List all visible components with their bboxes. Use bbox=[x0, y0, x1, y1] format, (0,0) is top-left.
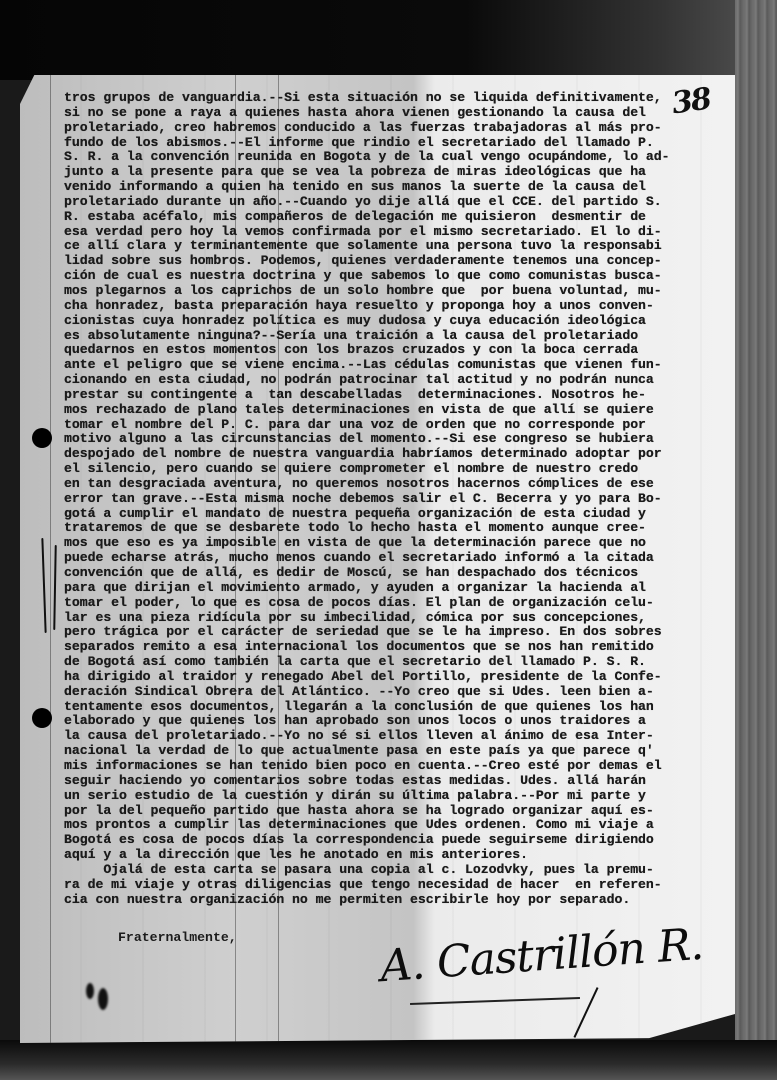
text-line: es absolutamente ninguna?--Sería una tra… bbox=[64, 329, 734, 344]
scan-top-shadow bbox=[0, 0, 777, 80]
text-line: lidad sobre sus hombros. Podemos, quiene… bbox=[64, 254, 734, 269]
text-line: venido informando a quien ha tenido en s… bbox=[64, 180, 734, 195]
text-line: trataremos de que se desbarete todo lo h… bbox=[64, 521, 734, 536]
text-line: aquí y a la dirección que les he anotado… bbox=[64, 848, 734, 863]
text-line: lar es una pieza ridícula por su imbecil… bbox=[64, 611, 734, 626]
text-line: ha dirigido al traidor y renegado Abel d… bbox=[64, 670, 734, 685]
text-line: R. estaba acéfalo, mis compañeros de del… bbox=[64, 210, 734, 225]
text-line: un serio estudio de la cuestión y dirán … bbox=[64, 789, 734, 804]
text-line: mis informaciones se han tenido bien poc… bbox=[64, 759, 734, 774]
text-line: deración Sindical Obrera del Atlántico. … bbox=[64, 685, 734, 700]
text-line: mos plegarnos a los caprichos de un solo… bbox=[64, 284, 734, 299]
text-line: prestar su contingente a tan descabellad… bbox=[64, 388, 734, 403]
text-line: pero trágica por el carácter de seriedad… bbox=[64, 625, 734, 640]
letter-body: tros grupos de vanguardia.--Si esta situ… bbox=[64, 91, 734, 907]
text-line: convención que de allá, es dedir de Mosc… bbox=[64, 566, 734, 581]
text-line: error tan grave.--Esta misma noche debem… bbox=[64, 492, 734, 507]
text-line: junto a la presente para que se vea la p… bbox=[64, 165, 734, 180]
text-line: nacional la verdad de lo que actualmente… bbox=[64, 744, 734, 759]
text-line: gotá a cumplir el mandato de nuestra peq… bbox=[64, 507, 734, 522]
text-line: tomar el poder, lo que es cosa de pocos … bbox=[64, 596, 734, 611]
text-line: cionando en esta ciudad, no podrán patro… bbox=[64, 373, 734, 388]
text-line: proletariado durante un año.--Cuando yo … bbox=[64, 195, 734, 210]
text-line: esa verdad pero hoy la vemos confirmada … bbox=[64, 225, 734, 240]
text-line: mos rechazado de plano tales determinaci… bbox=[64, 403, 734, 418]
punch-hole-icon bbox=[32, 428, 52, 448]
text-line: S. R. a la convención reunida en Bogota … bbox=[64, 150, 734, 165]
text-line: ra de mi viaje y otras diligencias que t… bbox=[64, 878, 734, 893]
text-line: ce allí clara y terminantemente que sola… bbox=[64, 239, 734, 254]
text-line: Ojalá de esta carta se pasara una copia … bbox=[64, 863, 734, 878]
ink-blot bbox=[86, 983, 94, 999]
text-line: ción de cual es nuestra doctrina y que s… bbox=[64, 269, 734, 284]
text-line: mos que eso es ya imposible en vista de … bbox=[64, 536, 734, 551]
text-line: tros grupos de vanguardia.--Si esta situ… bbox=[64, 91, 734, 106]
text-line: por la del pequeño partido que hasta aho… bbox=[64, 804, 734, 819]
text-line: tentamente esos documentos, llegarán a l… bbox=[64, 700, 734, 715]
text-line: fundo de los abismos.--El informe que ri… bbox=[64, 136, 734, 151]
text-line: mos prontos a cumplir las determinacione… bbox=[64, 818, 734, 833]
text-line: cia con nuestra organización no me permi… bbox=[64, 893, 734, 908]
text-line: cha honradez, basta preparación haya res… bbox=[64, 299, 734, 314]
text-line: proletariado, creo habremos conducido a … bbox=[64, 121, 734, 136]
text-line: tomar el nombre del P. C. para dar una v… bbox=[64, 418, 734, 433]
text-line: de Bogotá así como también la carta que … bbox=[64, 655, 734, 670]
scan-bottom-shadow bbox=[0, 1040, 777, 1080]
punch-hole-icon bbox=[32, 708, 52, 728]
text-line: separados remito a esa internacional los… bbox=[64, 640, 734, 655]
text-line: en tan desgraciada aventura, no queremos… bbox=[64, 477, 734, 492]
ink-blot bbox=[98, 988, 108, 1010]
text-line: si no se pone a raya a quienes hasta aho… bbox=[64, 106, 734, 121]
text-line: para que dirijan el movimiento armado, y… bbox=[64, 581, 734, 596]
closing-salutation: Fraternalmente, bbox=[118, 930, 237, 945]
text-line: elaborado y que quienes los han aprobado… bbox=[64, 714, 734, 729]
text-line: el silencio, pero cuando se quiere compr… bbox=[64, 462, 734, 477]
text-line: la causa del proletariado.--Yo no sé si … bbox=[64, 729, 734, 744]
text-line: ante el peligro que se viene encima.--La… bbox=[64, 358, 734, 373]
fold-line bbox=[50, 75, 51, 1043]
text-line: puede echarse atrás, mucho menos cuando … bbox=[64, 551, 734, 566]
text-line: despojado del nombre de nuestra vanguard… bbox=[64, 447, 734, 462]
text-line: quedarnos en estos momentos con los braz… bbox=[64, 343, 734, 358]
text-line: seguir haciendo yo comentarios sobre tod… bbox=[64, 774, 734, 789]
text-line: Bogotá es cosa de pocos días la correspo… bbox=[64, 833, 734, 848]
scan-right-edge bbox=[735, 0, 777, 1080]
text-line: cionistas cuya honradez política es muy … bbox=[64, 314, 734, 329]
text-line: motivo alguno a las circunstancias del m… bbox=[64, 432, 734, 447]
